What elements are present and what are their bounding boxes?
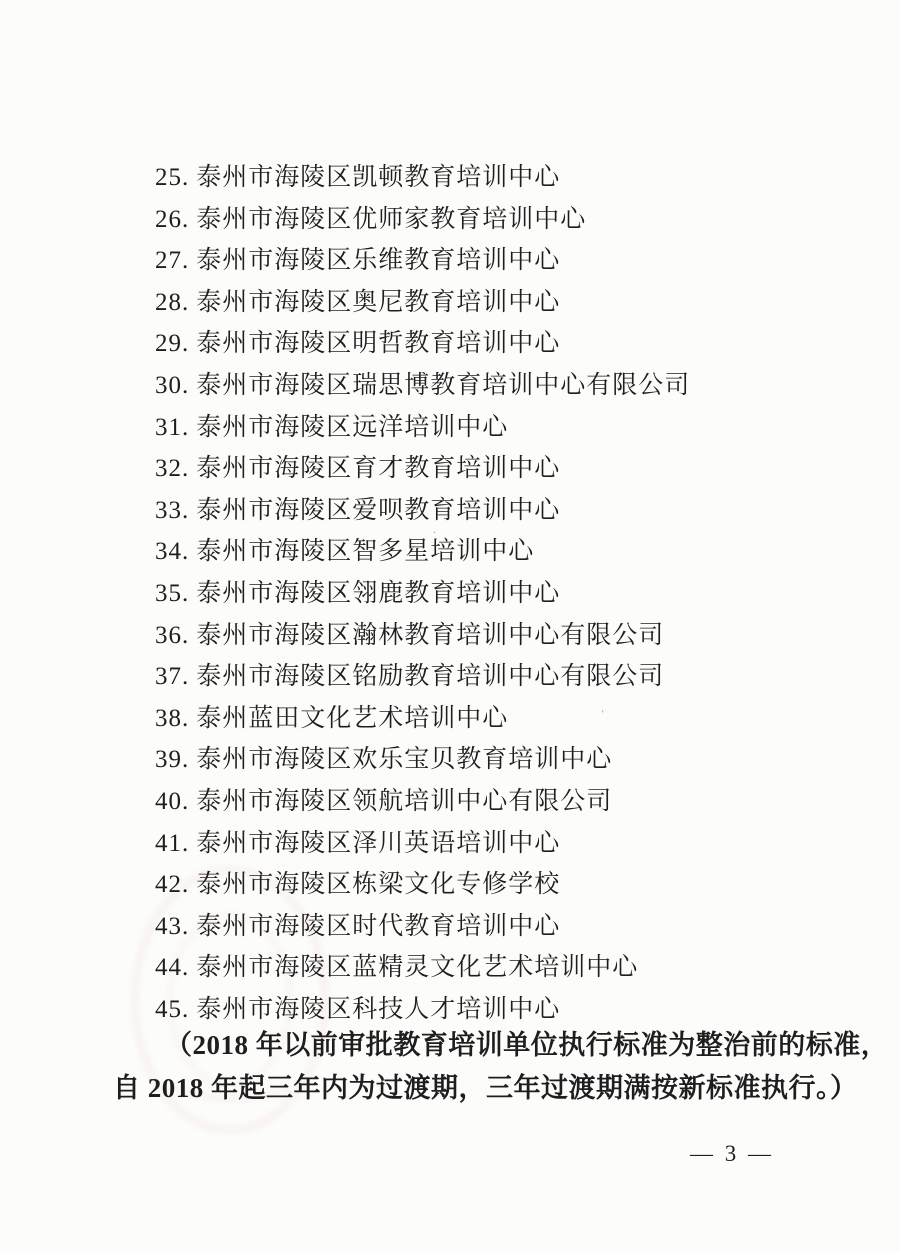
item-name: 泰州蓝田文化艺术培训中心 [196,705,508,732]
training-center-list: 25.泰州市海陵区凯顿教育培训中心26.泰州市海陵区优师家教育培训中心27.泰州… [155,157,855,1030]
item-number: 36. [155,615,189,657]
page-number: — 3 — [690,1141,774,1167]
item-name: 泰州市海陵区欢乐宝贝教育培训中心 [196,746,612,773]
item-number: 43. [155,906,189,948]
list-item: 32.泰州市海陵区育才教育培训中心 [155,448,855,490]
list-item: 35.泰州市海陵区翎鹿教育培训中心 [155,573,855,615]
item-number: 34. [155,531,189,573]
item-number: 31. [155,407,189,449]
item-name: 泰州市海陵区明哲教育培训中心 [196,330,560,357]
list-item: 41.泰州市海陵区泽川英语培训中心 [155,823,855,865]
list-item: 29.泰州市海陵区明哲教育培训中心 [155,323,855,365]
footnote-line2: 自 2018 年起三年内为过渡期，三年过渡期满按新标准执行。） [113,1067,843,1110]
item-name: 泰州市海陵区奥尼教育培训中心 [196,289,560,316]
item-number: 39. [155,739,189,781]
item-name: 泰州市海陵区瀚林教育培训中心有限公司 [196,622,664,649]
item-name: 泰州市海陵区育才教育培训中心 [196,455,560,482]
document-page: ˎ · 25.泰州市海陵区凯顿教育培训中心26.泰州市海陵区优师家教育培训中心2… [0,0,900,1252]
item-name: 泰州市海陵区翎鹿教育培训中心 [196,580,560,607]
list-item: 31.泰州市海陵区远洋培训中心 [155,407,855,449]
list-item: 43.泰州市海陵区时代教育培训中心 [155,906,855,948]
item-number: 42. [155,864,189,906]
item-number: 25. [155,157,189,199]
list-item: 25.泰州市海陵区凯顿教育培训中心 [155,157,855,199]
list-item: 27.泰州市海陵区乐维教育培训中心 [155,240,855,282]
list-item: 26.泰州市海陵区优师家教育培训中心 [155,199,855,241]
list-item: 44.泰州市海陵区蓝精灵文化艺术培训中心 [155,947,855,989]
item-name: 泰州市海陵区科技人才培训中心 [196,996,560,1023]
item-name: 泰州市海陵区蓝精灵文化艺术培训中心 [196,954,638,981]
footnote: （2018 年以前审批教育培训单位执行标准为整治前的标准， 自 2018 年起三… [113,1024,843,1110]
item-name: 泰州市海陵区瑞思博教育培训中心有限公司 [196,372,690,399]
item-name: 泰州市海陵区领航培训中心有限公司 [196,788,612,815]
item-name: 泰州市海陵区凯顿教育培训中心 [196,164,560,191]
item-number: 32. [155,448,189,490]
item-name: 泰州市海陵区爱呗教育培训中心 [196,497,560,524]
item-name: 泰州市海陵区时代教育培训中心 [196,913,560,940]
list-item: 39.泰州市海陵区欢乐宝贝教育培训中心 [155,739,855,781]
list-item: 37.泰州市海陵区铭励教育培训中心有限公司 [155,656,855,698]
item-number: 38. [155,698,189,740]
item-number: 35. [155,573,189,615]
item-name: 泰州市海陵区智多星培训中心 [196,538,534,565]
list-item: 38.泰州蓝田文化艺术培训中心 [155,698,855,740]
item-name: 泰州市海陵区远洋培训中心 [196,414,508,441]
item-number: 27. [155,240,189,282]
item-number: 29. [155,323,189,365]
item-name: 泰州市海陵区泽川英语培训中心 [196,830,560,857]
item-number: 37. [155,656,189,698]
list-item: 40.泰州市海陵区领航培训中心有限公司 [155,781,855,823]
item-number: 44. [155,947,189,989]
item-number: 30. [155,365,189,407]
footnote-line1: （2018 年以前审批教育培训单位执行标准为整治前的标准， [113,1024,843,1067]
item-number: 33. [155,490,189,532]
item-number: 41. [155,823,189,865]
list-item: 28.泰州市海陵区奥尼教育培训中心 [155,282,855,324]
item-name: 泰州市海陵区铭励教育培训中心有限公司 [196,663,664,690]
item-name: 泰州市海陵区优师家教育培训中心 [196,206,586,233]
item-name: 泰州市海陵区乐维教育培训中心 [196,247,560,274]
item-name: 泰州市海陵区栋梁文化专修学校 [196,871,560,898]
list-item: 30.泰州市海陵区瑞思博教育培训中心有限公司 [155,365,855,407]
item-number: 28. [155,282,189,324]
list-item: 42.泰州市海陵区栋梁文化专修学校 [155,864,855,906]
item-number: 26. [155,199,189,241]
list-item: 36.泰州市海陵区瀚林教育培训中心有限公司 [155,615,855,657]
item-number: 40. [155,781,189,823]
list-item: 34.泰州市海陵区智多星培训中心 [155,531,855,573]
list-item: 33.泰州市海陵区爱呗教育培训中心 [155,490,855,532]
